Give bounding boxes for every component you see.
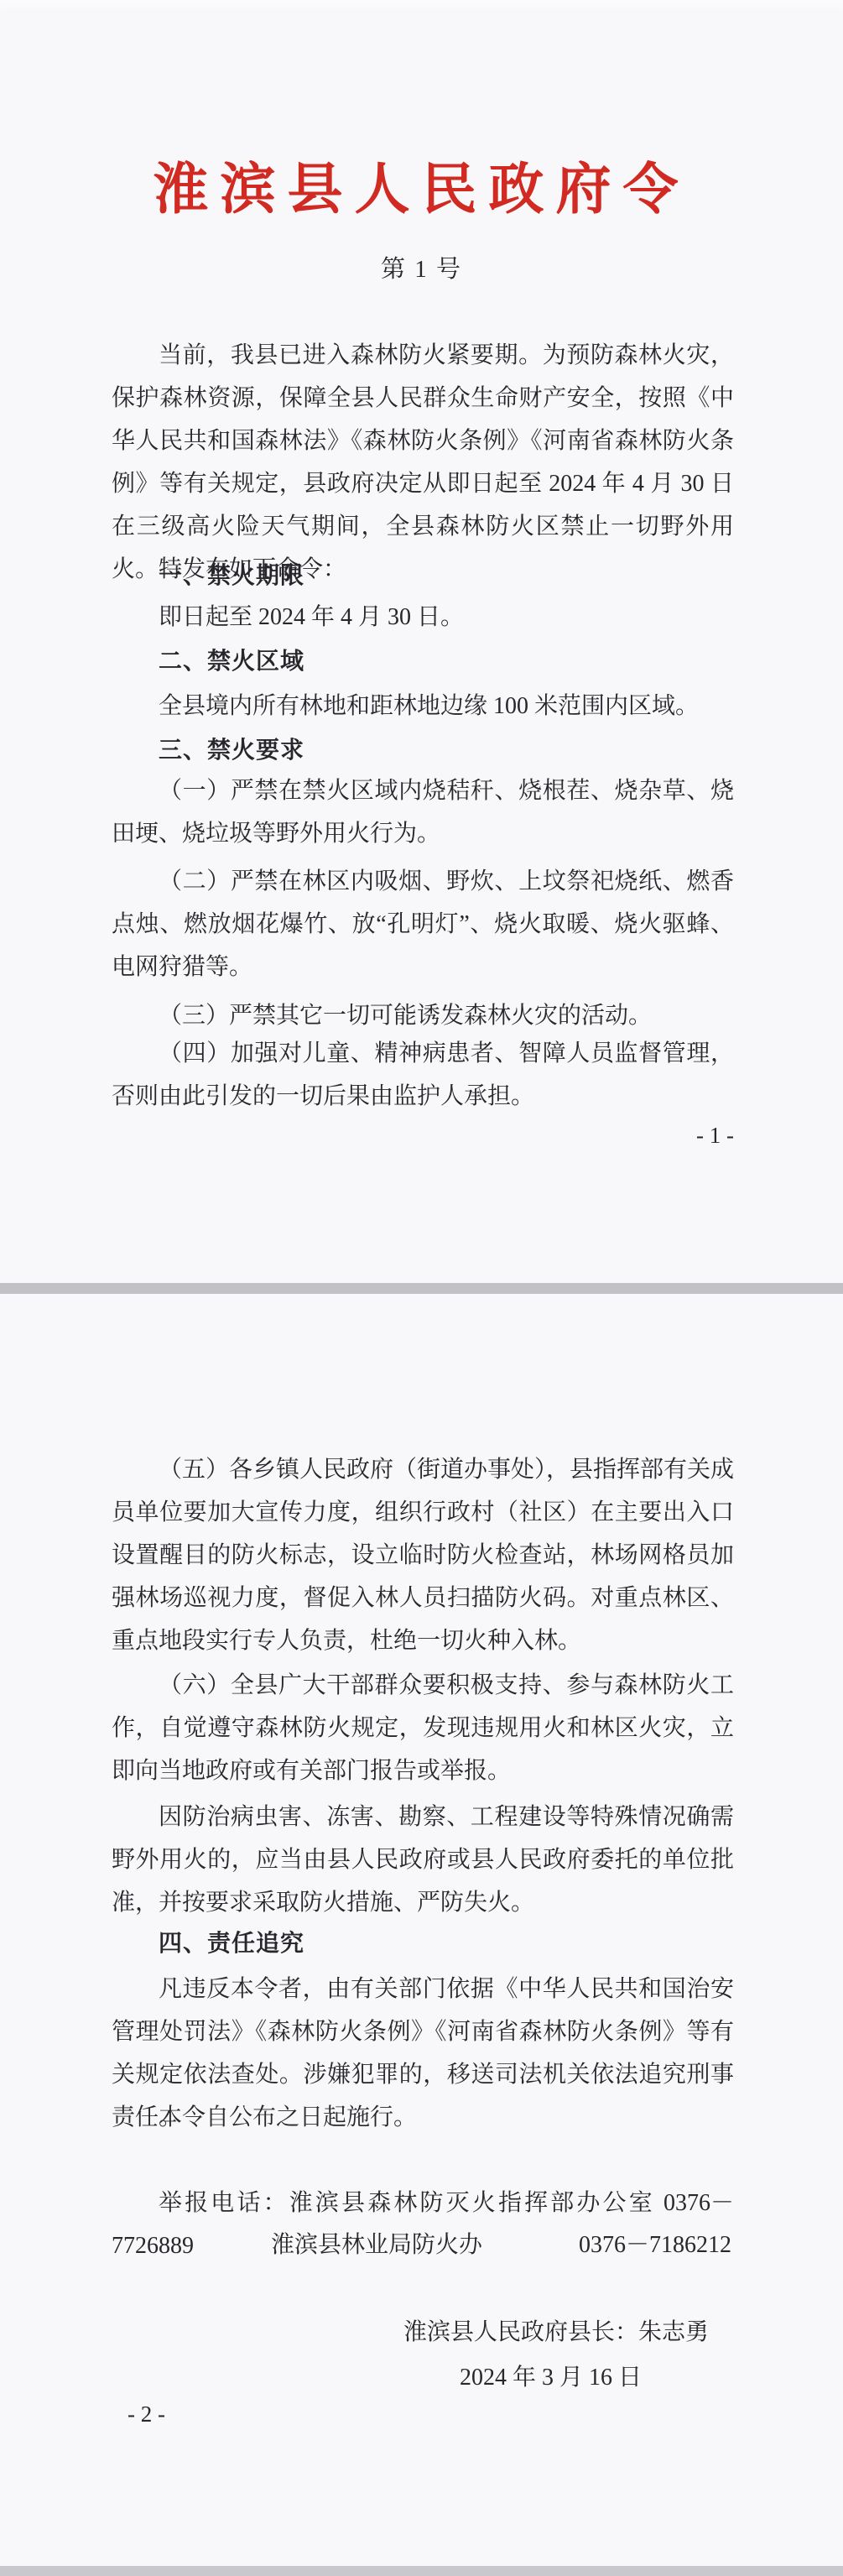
special-use-paragraph: 因防治病虫害、冻害、勘察、工程建设等特殊情况确需野外用火的，应当由县人民政府或县… — [112, 1796, 734, 1924]
rule-item-3: （三）严禁其它一切可能诱发森林火灾的活动。 — [112, 994, 734, 1037]
heading-fire-ban-period: 一、禁火期限 — [112, 554, 734, 597]
bottom-scan-edge — [0, 2566, 843, 2576]
rule-item-2: （二）严禁在林区内吸烟、野炊、上坟祭祀烧纸、燃香点烛、燃放烟花爆竹、放“孔明灯”… — [112, 860, 734, 988]
heading-fire-ban-rules: 三、禁火要求 — [112, 728, 734, 771]
fire-ban-area: 全县境内所有林地和距林地边缘 100 米范围内区域。 — [112, 685, 734, 727]
page-1-number: - 1 - — [112, 1114, 734, 1157]
rule-item-5: （五）各乡镇人民政府（街道办事处），县指挥部有关成员单位要加大宣传力度，组织行政… — [112, 1448, 734, 1662]
rule-item-6: （六）全县广大干部群众要积极支持、参与森林防火工作，自觉遵守森林防火规定，发现违… — [112, 1664, 734, 1792]
page-divider — [0, 1283, 843, 1294]
page-2-number: - 2 - — [127, 2393, 750, 2436]
scanned-document: 淮滨县人民政府令 第 1 号 当前，我县已进入森林防火紧要期。为预防森林火灾，保… — [0, 0, 843, 2576]
report-hotline-line-2: 淮滨县林业局防火办0376－7186212 — [112, 2224, 734, 2266]
heading-liability: 四、责任追究 — [112, 1922, 734, 1964]
intro-paragraph: 当前，我县已进入森林防火紧要期。为预防森林火灾，保护森林资源，保障全县人民群众生… — [112, 334, 734, 591]
rule-item-1: （一）严禁在禁火区域内烧秸秆、烧根茬、烧杂草、烧田埂、烧垃圾等野外用火行为。 — [112, 769, 734, 855]
document-title: 淮滨县人民政府令 — [0, 162, 843, 219]
hotline-phone: 0376－7186212 — [579, 2232, 731, 2258]
document-number: 第 1 号 — [0, 253, 843, 286]
effective-date-paragraph: 本令自公布之日起施行。 — [112, 2096, 734, 2139]
rule-item-4: （四）加强对儿童、精神病患者、智障人员监督管理，否则由此引发的一切后果由监护人承… — [112, 1032, 734, 1118]
hotline-org: 淮滨县林业局防火办 — [271, 2232, 482, 2258]
fire-ban-period: 即日起至 2024 年 4 月 30 日。 — [112, 596, 734, 639]
signature-line: 淮滨县人民政府县长：朱志勇 — [112, 2311, 734, 2354]
heading-fire-ban-area: 二、禁火区域 — [112, 639, 734, 682]
